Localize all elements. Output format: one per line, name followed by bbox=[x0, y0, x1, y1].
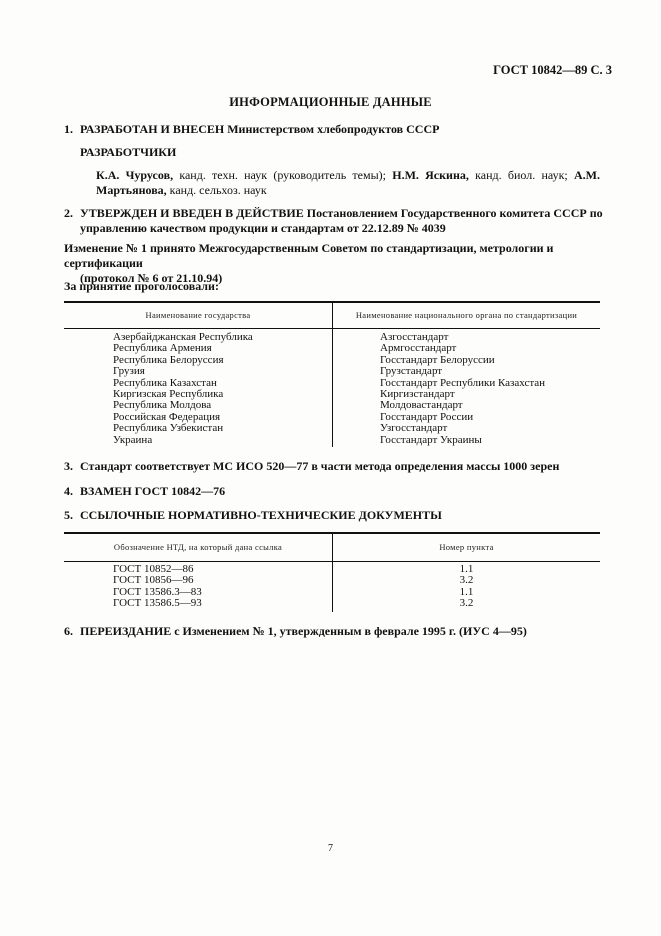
voted-label: За принятие проголосовали: bbox=[64, 279, 604, 294]
column-header-clause: Номер пункта bbox=[333, 542, 600, 552]
standards-body-cell: Узгосстандарт bbox=[380, 423, 545, 434]
document-column: ГОСТ 10852—86ГОСТ 10856—96ГОСТ 13586.3—8… bbox=[113, 564, 202, 610]
section-1: 1.РАЗРАБОТАН И ВНЕСЕН Министерством хлеб… bbox=[64, 122, 604, 137]
states-table: Наименование государства Наименование на… bbox=[64, 301, 600, 447]
column-header-document: Обозначение НТД, на который дана ссылка bbox=[64, 542, 332, 552]
state-name-cell: Украина bbox=[113, 435, 253, 446]
section-4: 4.ВЗАМЕН ГОСТ 10842—76 bbox=[64, 484, 604, 499]
section-3: 3.Стандарт соответствует МС ИСО 520—77 в… bbox=[64, 459, 604, 474]
page-title: ИНФОРМАЦИОННЫЕ ДАННЫЕ bbox=[0, 95, 661, 110]
states-column: Азербайджанская РеспубликаРеспублика Арм… bbox=[113, 332, 253, 446]
developer-name: К.А. Чурусов, bbox=[96, 168, 173, 182]
column-header-body: Наименование национального органа по ста… bbox=[333, 310, 600, 320]
column-header-state: Наименование государства bbox=[64, 310, 332, 320]
document-ref-cell: ГОСТ 13586.5—93 bbox=[113, 598, 202, 609]
standards-body-cell: Грузстандарт bbox=[380, 366, 545, 377]
bodies-column: АзгосстандартАрмгосстандартГосстандарт Б… bbox=[380, 332, 545, 446]
standards-body-cell: Госстандарт Украины bbox=[380, 435, 545, 446]
developers-heading: РАЗРАБОТЧИКИ bbox=[80, 145, 176, 160]
section-6: 6.ПЕРЕИЗДАНИЕ с Изменением № 1, утвержде… bbox=[64, 624, 604, 639]
state-name-cell: Грузия bbox=[113, 366, 253, 377]
clause-column: 1.13.21.13.2 bbox=[333, 564, 600, 610]
clause-number-cell: 3.2 bbox=[333, 598, 600, 609]
section-2: 2.УТВЕРЖДЕН И ВВЕДЕН В ДЕЙСТВИЕ Постанов… bbox=[64, 206, 604, 236]
developer-name: Н.М. Яскина, bbox=[392, 168, 469, 182]
state-name-cell: Республика Узбекистан bbox=[113, 423, 253, 434]
section-5: 5.ССЫЛОЧНЫЕ НОРМАТИВНО-ТЕХНИЧЕСКИЕ ДОКУМ… bbox=[64, 508, 604, 523]
document-code: ГОСТ 10842—89 С. 3 bbox=[0, 63, 612, 78]
refs-table: Обозначение НТД, на который дана ссылка … bbox=[64, 532, 600, 612]
page-number: 7 bbox=[0, 843, 661, 854]
developers-list: К.А. Чурусов, канд. техн. наук (руководи… bbox=[96, 168, 600, 198]
